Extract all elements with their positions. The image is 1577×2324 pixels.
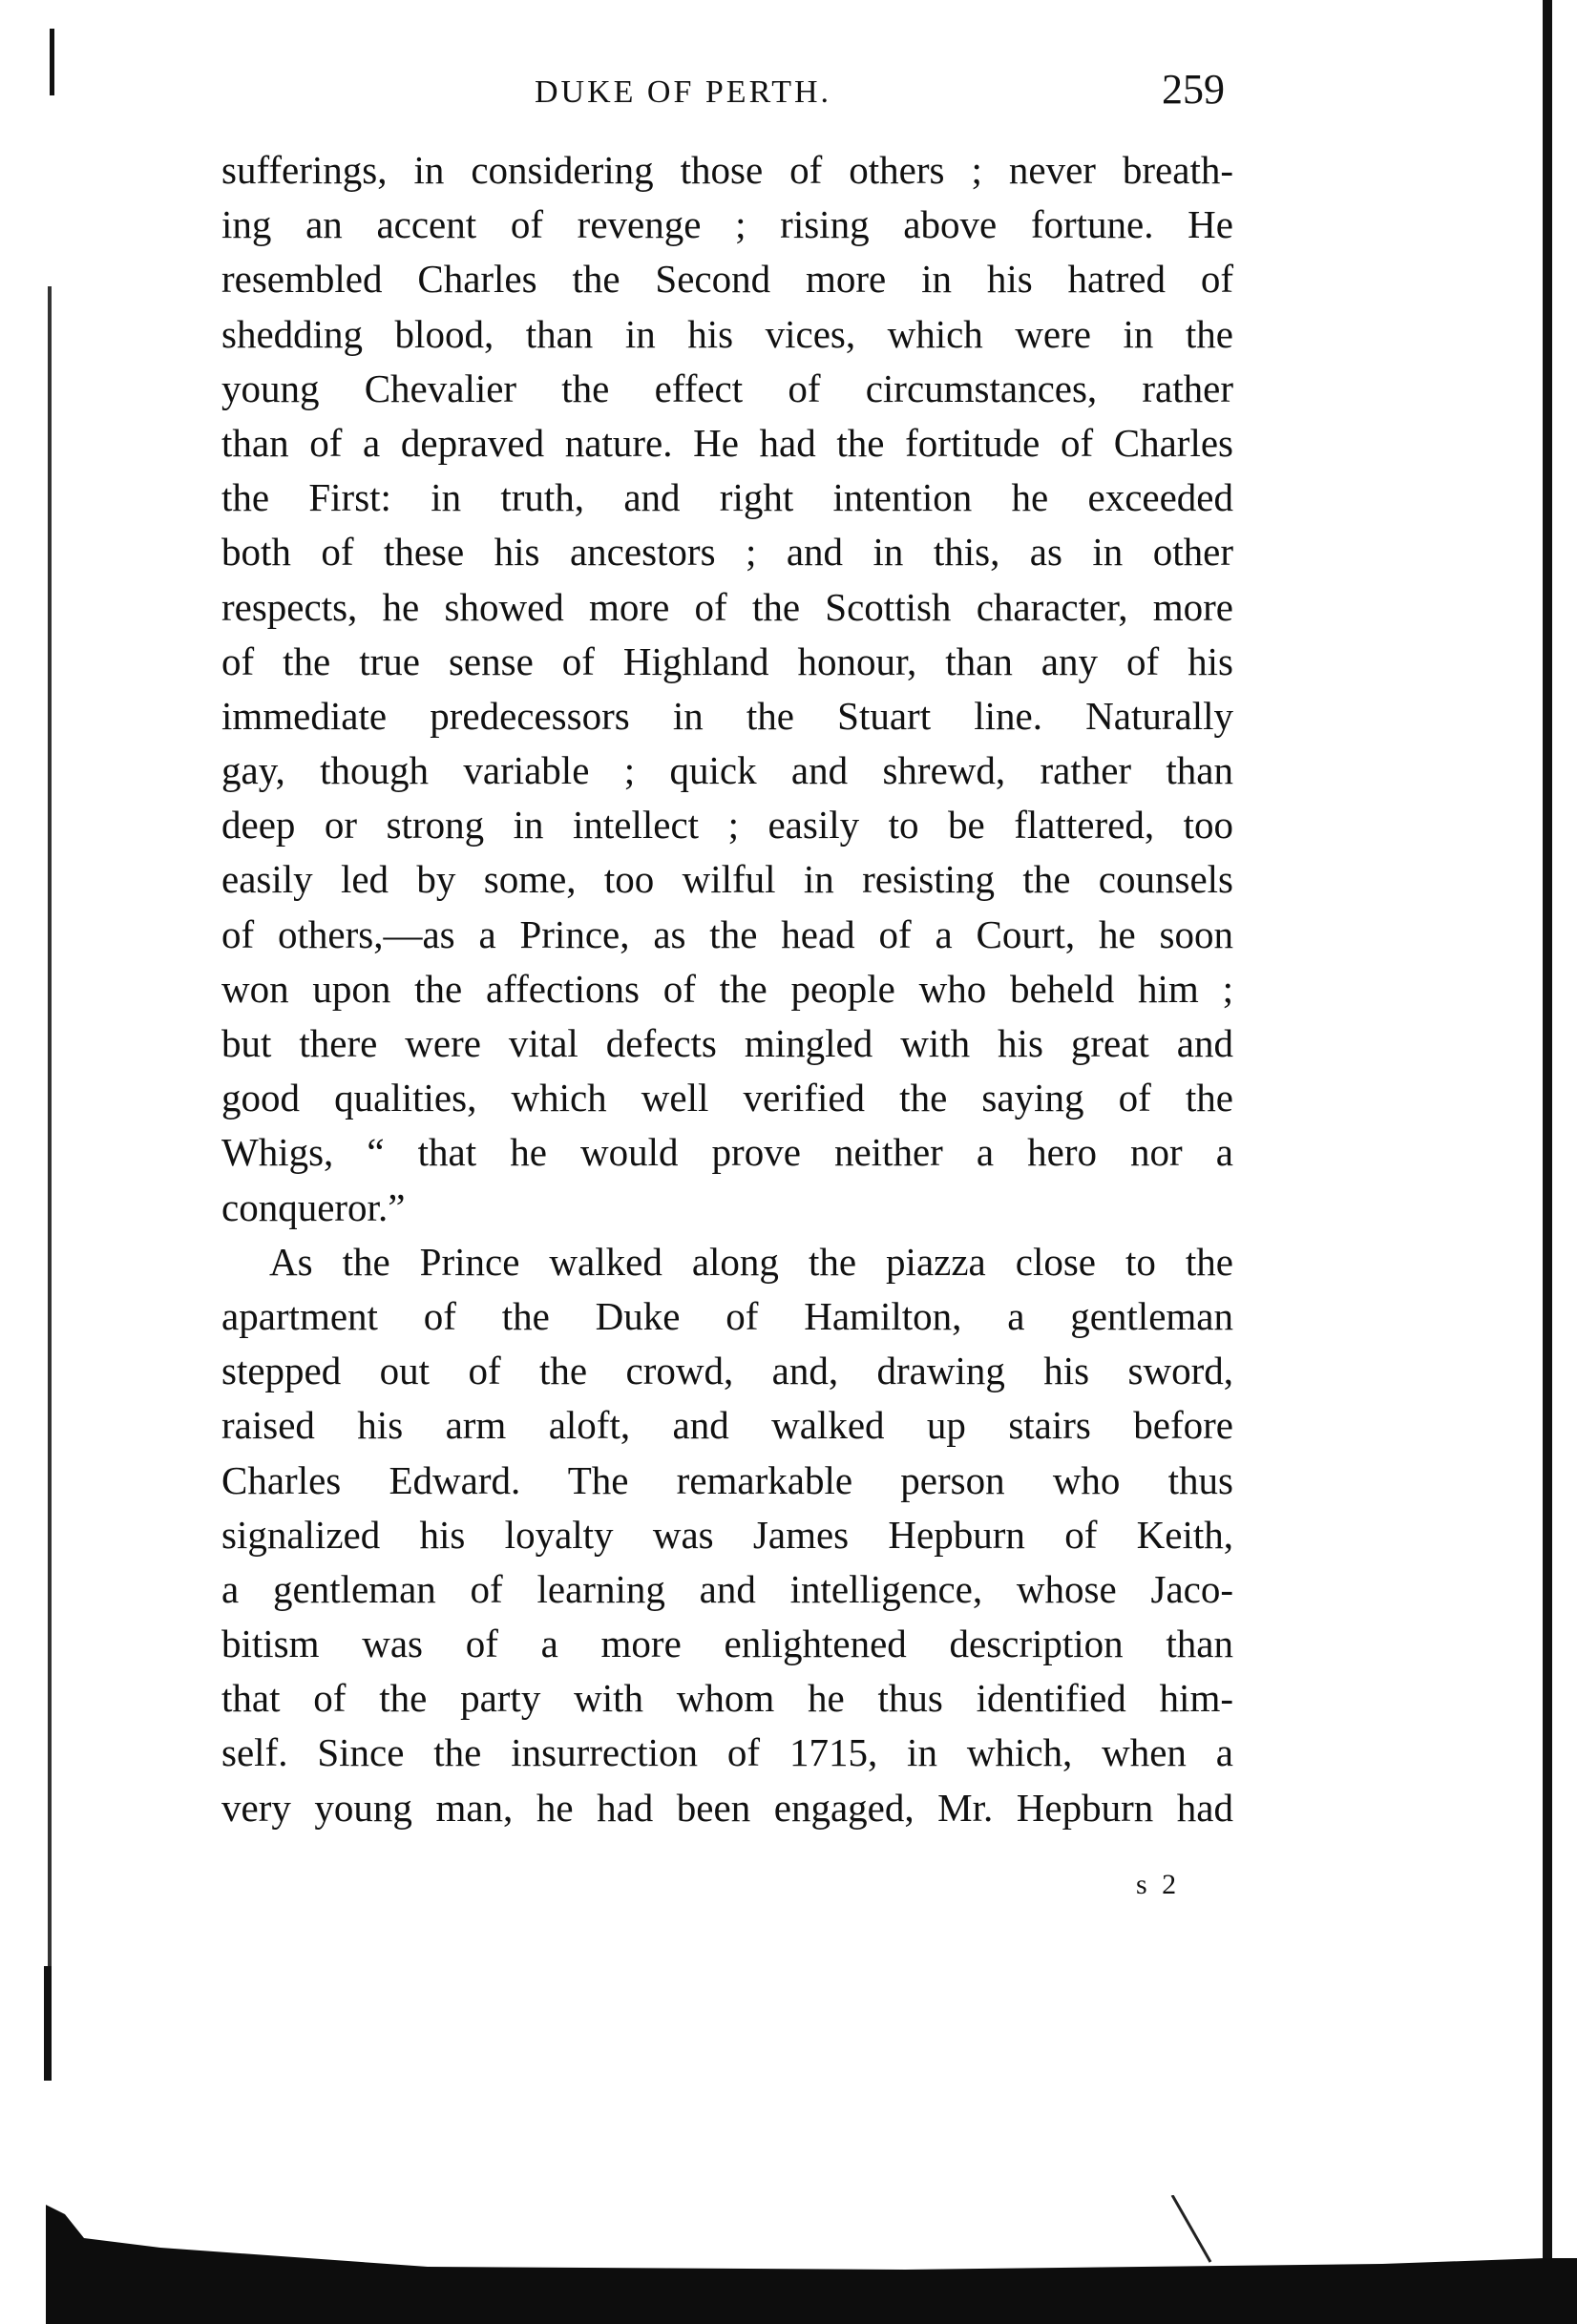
text-line: than of a depraved nature. He had the fo… bbox=[221, 416, 1233, 471]
text-line: apartment of the Duke of Hamilton, a gen… bbox=[221, 1289, 1233, 1344]
text-line: shedding blood, than in his vices, which… bbox=[221, 307, 1233, 362]
running-head: DUKE OF PERTH. bbox=[535, 74, 831, 111]
text-line: young Chevalier the effect of circumstan… bbox=[221, 362, 1233, 416]
text-line: immediate predecessors in the Stuart lin… bbox=[221, 689, 1233, 743]
text-line: gay, though variable ; quick and shrewd,… bbox=[221, 743, 1233, 798]
text-line: the First: in truth, and right intention… bbox=[221, 471, 1233, 525]
text-line: signalized his loyalty was James Hepburn… bbox=[221, 1508, 1233, 1562]
text-line: resembled Charles the Second more in his… bbox=[221, 252, 1233, 306]
text-line: both of these his ancestors ; and in thi… bbox=[221, 525, 1233, 579]
text-line: of others,—as a Prince, as the head of a… bbox=[221, 908, 1233, 962]
text-line: a gentleman of learning and intelligence… bbox=[221, 1562, 1233, 1617]
text-line: won upon the affections of the people wh… bbox=[221, 962, 1233, 1016]
scan-edge-left-low bbox=[44, 1966, 52, 2081]
text-line: Charles Edward. The remarkable person wh… bbox=[221, 1454, 1233, 1508]
paragraph-end-line: conqueror.” bbox=[221, 1181, 1233, 1235]
text-line: easily led by some, too wilful in resist… bbox=[221, 852, 1233, 907]
text-line: stepped out of the crowd, and, drawing h… bbox=[221, 1344, 1233, 1398]
text-line: bitism was of a more enlightened descrip… bbox=[221, 1617, 1233, 1671]
text-line: very young man, he had been engaged, Mr.… bbox=[221, 1781, 1233, 1835]
body-text: sufferings, in considering those of othe… bbox=[221, 143, 1233, 1835]
text-line: of the true sense of Highland honour, th… bbox=[221, 635, 1233, 689]
text-line: raised his arm aloft, and walked up stai… bbox=[221, 1398, 1233, 1453]
text-line: self. Since the insurrection of 1715, in… bbox=[221, 1726, 1233, 1780]
text-line: good qualities, which well verified the … bbox=[221, 1071, 1233, 1125]
page-number: 259 bbox=[1162, 65, 1225, 114]
text-line: sufferings, in considering those of othe… bbox=[221, 143, 1233, 198]
scan-edge-left bbox=[48, 286, 52, 2052]
scan-shadow-bottom bbox=[46, 2195, 1577, 2324]
text-line: Whigs, “ that he would prove neither a h… bbox=[221, 1125, 1233, 1180]
paragraph-start-line: As the Prince walked along the piazza cl… bbox=[221, 1235, 1233, 1289]
text-line: deep or strong in intellect ; easily to … bbox=[221, 798, 1233, 852]
text-line: but there were vital defects mingled wit… bbox=[221, 1016, 1233, 1071]
signature-mark: s 2 bbox=[1136, 1869, 1180, 1901]
scan-edge-left-top bbox=[50, 29, 54, 95]
text-line: respects, he showed more of the Scottish… bbox=[221, 580, 1233, 635]
book-page: DUKE OF PERTH. 259 sufferings, in consid… bbox=[0, 0, 1577, 2324]
text-line: ing an accent of revenge ; rising above … bbox=[221, 198, 1233, 252]
text-line: that of the party with whom he thus iden… bbox=[221, 1671, 1233, 1726]
scan-edge-right bbox=[1539, 0, 1577, 2272]
